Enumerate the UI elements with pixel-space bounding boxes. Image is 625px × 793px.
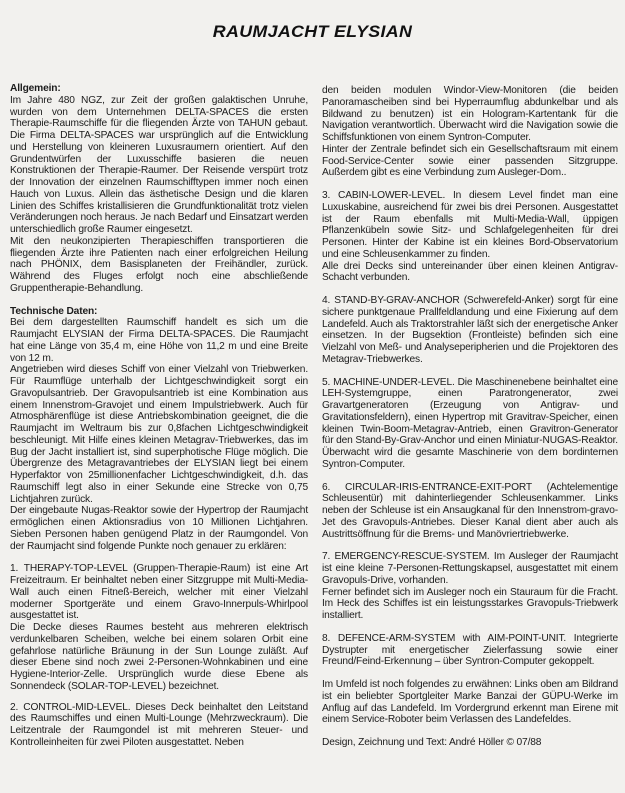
paragraph: 5. MACHINE-UNDER-LEVEL. Die Maschinenebe… xyxy=(322,377,618,471)
paragraph: Die Decke dieses Raumes besteht aus mehr… xyxy=(10,622,308,693)
paragraph: Hinter der Zentrale befindet sich ein Ge… xyxy=(322,144,618,179)
item-control-mid-level-continued: den beiden modulen Windor-View-Monitoren… xyxy=(322,85,618,179)
section-heading-technische-daten: Technische Daten: xyxy=(10,306,308,318)
item-cabin-lower-level: 3. CABIN-LOWER-LEVEL. In diesem Level fi… xyxy=(322,190,618,284)
item-stand-by-grav-anchor: 4. STAND-BY-GRAV-ANCHOR (Schwerefeld-Ank… xyxy=(322,295,618,366)
paragraph: Im Jahre 480 NGZ, zur Zeit der großen ga… xyxy=(10,95,308,236)
section-heading-allgemein: Allgemein: xyxy=(10,83,308,95)
paragraph: 1. THERAPY-TOP-LEVEL (Gruppen-Therapie-R… xyxy=(10,563,308,622)
paragraph: Bei dem dargestellten Raumschiff handelt… xyxy=(10,317,308,364)
item-circular-iris-entrance-exit-port: 6. CIRCULAR-IRIS-ENTRANCE-EXIT-PORT (Ach… xyxy=(322,482,618,541)
paragraph: 6. CIRCULAR-IRIS-ENTRANCE-EXIT-PORT (Ach… xyxy=(322,482,618,541)
paragraph: 7. EMERGENCY-RESCUE-SYSTEM. Im Ausleger … xyxy=(322,551,618,586)
paragraph: Alle drei Decks sind untereinander über … xyxy=(322,261,618,285)
paragraph: Mit den neukonzipierten Therapieschiffen… xyxy=(10,236,308,295)
right-column: den beiden modulen Windor-View-Monitoren… xyxy=(322,85,618,749)
left-column: Allgemein: Im Jahre 480 NGZ, zur Zeit de… xyxy=(10,83,308,749)
paragraph: 3. CABIN-LOWER-LEVEL. In diesem Level fi… xyxy=(322,190,618,261)
paragraph: Der eingebaute Nugas-Reaktor sowie der H… xyxy=(10,505,308,552)
item-defence-arm-system: 8. DEFENCE-ARM-SYSTEM with AIM-POINT-UNI… xyxy=(322,633,618,668)
section-umfeld: Im Umfeld ist noch folgendes zu erwähnen… xyxy=(322,679,618,726)
paragraph: 4. STAND-BY-GRAV-ANCHOR (Schwerefeld-Ank… xyxy=(322,295,618,366)
paragraph: den beiden modulen Windor-View-Monitoren… xyxy=(322,85,618,144)
section-technische-daten: Technische Daten: Bei dem dargestellten … xyxy=(10,306,308,553)
credit-text: Design, Zeichnung und Text: André Höller… xyxy=(322,737,618,749)
credit-line: Design, Zeichnung und Text: André Höller… xyxy=(322,737,618,749)
item-machine-under-level: 5. MACHINE-UNDER-LEVEL. Die Maschinenebe… xyxy=(322,377,618,471)
item-therapy-top-level: 1. THERAPY-TOP-LEVEL (Gruppen-Therapie-R… xyxy=(10,563,308,692)
paragraph: Ferner befindet sich im Ausleger noch ei… xyxy=(322,587,618,622)
item-control-mid-level: 2. CONTROL-MID-LEVEL. Dieses Deck beinha… xyxy=(10,702,308,749)
paragraph: Angetrieben wird dieses Schiff von einer… xyxy=(10,364,308,505)
paragraph: 2. CONTROL-MID-LEVEL. Dieses Deck beinha… xyxy=(10,702,308,749)
page-title: RAUMJACHT ELYSIAN xyxy=(0,22,625,42)
section-allgemein: Allgemein: Im Jahre 480 NGZ, zur Zeit de… xyxy=(10,83,308,295)
item-emergency-rescue-system: 7. EMERGENCY-RESCUE-SYSTEM. Im Ausleger … xyxy=(322,551,618,622)
paragraph: Im Umfeld ist noch folgendes zu erwähnen… xyxy=(322,679,618,726)
paragraph: 8. DEFENCE-ARM-SYSTEM with AIM-POINT-UNI… xyxy=(322,633,618,668)
